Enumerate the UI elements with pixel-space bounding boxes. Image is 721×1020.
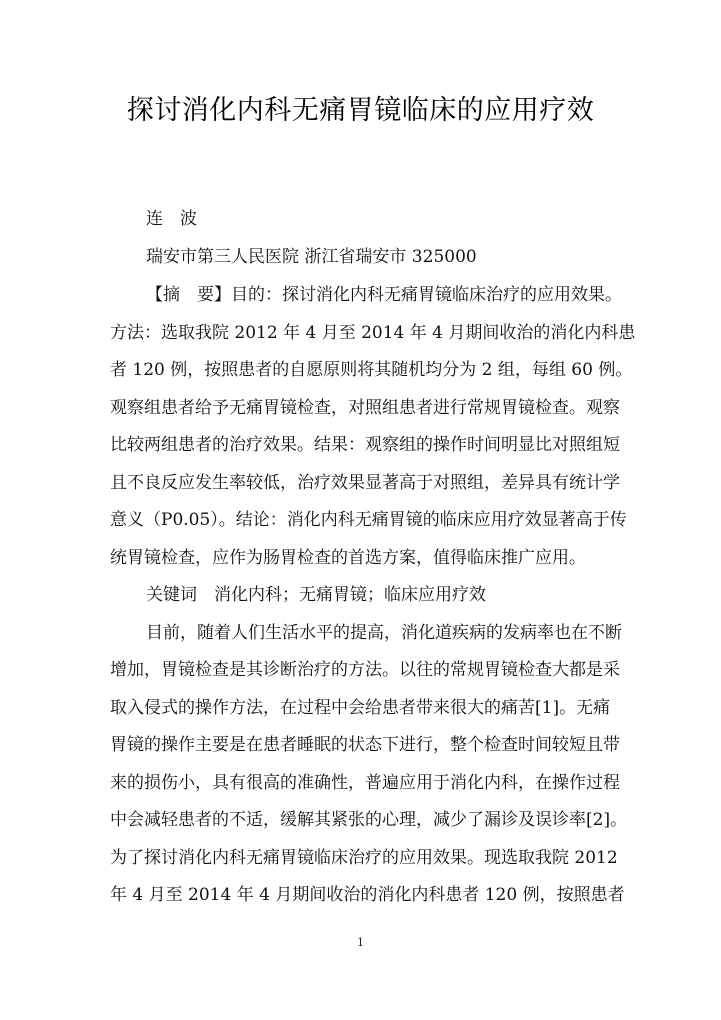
abstract-line: 意义（P0.05）。结论：消化内科无痛胃镜的临床应用疗效显著高于传 <box>110 509 610 531</box>
body-line: 取入侵式的操作方法，在过程中会给患者带来很大的痛苦[1]。无痛 <box>110 697 610 719</box>
body-line: 来的损伤小，具有很高的准确性，普遍应用于消化内科，在操作过程 <box>110 772 610 794</box>
abstract-line: 方法：选取我院 2012 年 4 月至 2014 年 4 月期间收治的消化内科患 <box>110 322 610 344</box>
abstract-line: 且不良反应发生率较低，治疗效果显著高于对照组，差异具有统计学 <box>110 472 610 494</box>
document-page: 探讨消化内科无痛胃镜临床的应用疗效 连 波 瑞安市第三人民医院 浙江省瑞安市 3… <box>0 0 721 1020</box>
body-line: 增加，胃镜检查是其诊断治疗的方法。以往的常规胃镜检查大都是采 <box>110 659 610 681</box>
keywords: 关键词 消化内科；无痛胃镜；临床应用疗效 <box>146 584 610 606</box>
body-line: 中会减轻患者的不适，缓解其紧张的心理，减少了漏诊及误诊率[2]。 <box>110 809 610 831</box>
abstract-line: 者 120 例，按照患者的自愿原则将其随机均分为 2 组，每组 60 例。 <box>110 359 610 381</box>
body-line: 目前，随着人们生活水平的提高，消化道疾病的发病率也在不断 <box>146 622 610 644</box>
author-affiliation: 瑞安市第三人民医院 浙江省瑞安市 325000 <box>146 246 610 268</box>
abstract-line: 观察组患者给予无痛胃镜检查，对照组患者进行常规胃镜检查。观察 <box>110 397 610 419</box>
body-line: 年 4 月至 2014 年 4 月期间收治的消化内科患者 120 例，按照患者 <box>110 884 610 906</box>
author-name: 连 波 <box>146 208 610 230</box>
abstract-line: 比较两组患者的治疗效果。结果：观察组的操作时间明显比对照组短 <box>110 434 610 456</box>
page-number: 1 <box>0 936 721 949</box>
body-line: 胃镜的操作主要是在患者睡眠的状态下进行，整个检查时间较短且带 <box>110 734 610 756</box>
body-line: 为了探讨消化内科无痛胃镜临床治疗的应用效果。现选取我院 2012 <box>110 847 610 869</box>
abstract-line: 【摘 要】目的：探讨消化内科无痛胃镜临床治疗的应用效果。 <box>146 284 610 306</box>
page-title: 探讨消化内科无痛胃镜临床的应用疗效 <box>0 88 721 127</box>
abstract-line: 统胃镜检查，应作为肠胃检查的首选方案，值得临床推广应用。 <box>110 547 610 569</box>
